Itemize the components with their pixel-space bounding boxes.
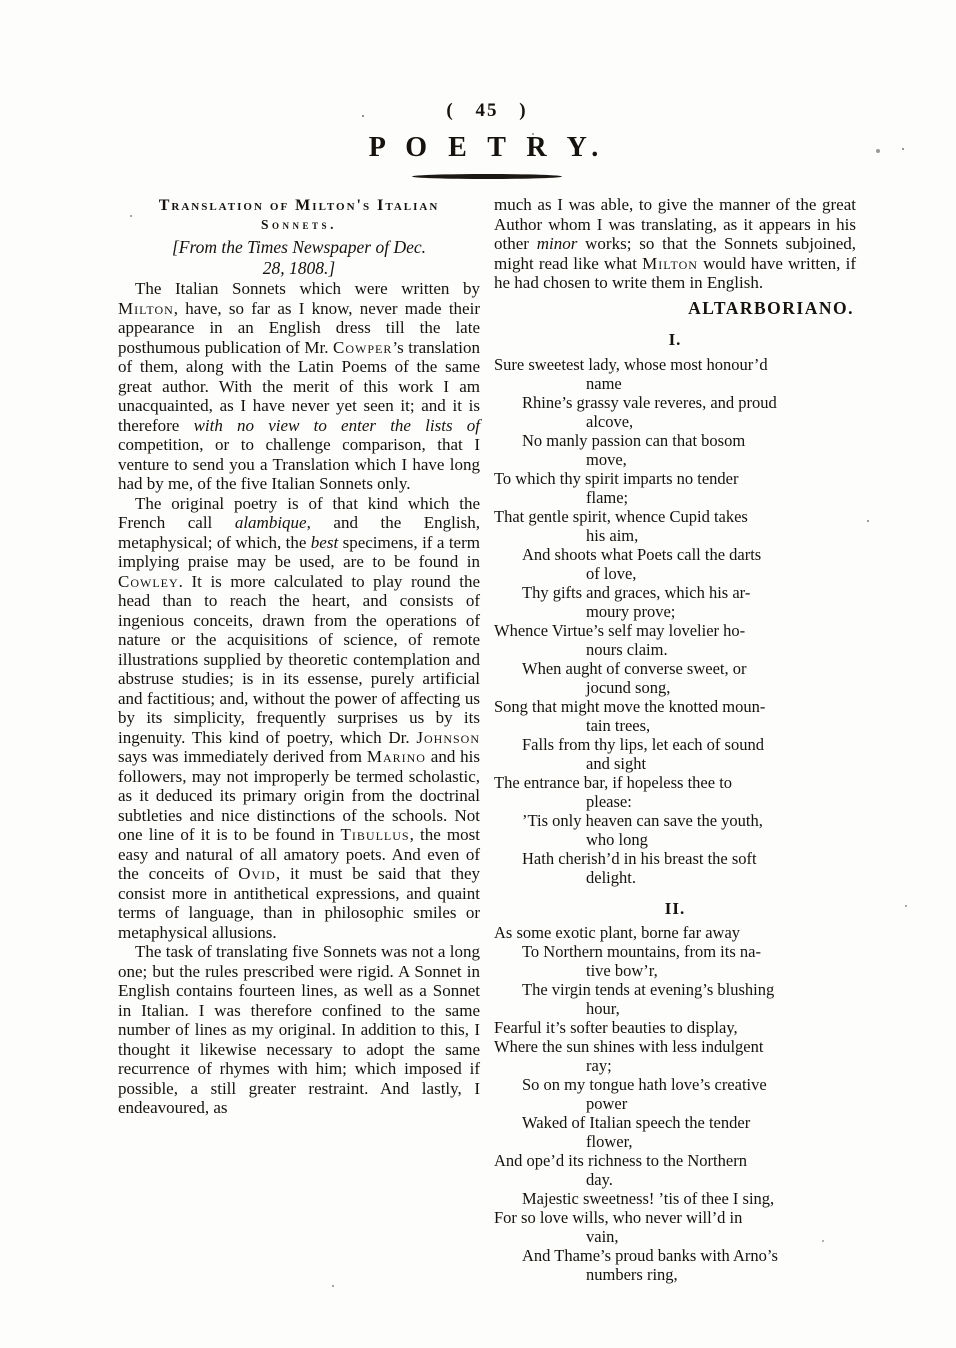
poem-line: hour, [494, 999, 856, 1018]
article-heading-line2: Sonnets. [118, 216, 480, 234]
poem-line: And Thame’s proud banks with Arno’s [494, 1246, 856, 1265]
text-segment: Tibullus [341, 825, 410, 844]
text-segment: Ovid [238, 864, 276, 883]
poem-line: vain, [494, 1227, 856, 1246]
poem-line: Song that might move the knotted moun- [494, 697, 856, 716]
left-column: Translation of Milton's Italian Sonnets.… [118, 195, 480, 1284]
paragraph: The task of translating five Sonnets was… [118, 942, 480, 1118]
article-heading: Translation of Milton's Italian Sonnets. [118, 195, 480, 234]
poem-line: As some exotic plant, borne far away [494, 923, 856, 942]
poem-line: ray; [494, 1056, 856, 1075]
text-segment: Milton [118, 299, 174, 318]
poem-line: please: [494, 792, 856, 811]
text-segment: Marino [367, 747, 426, 766]
text-segment: competition, or to challenge comparison,… [118, 435, 480, 493]
poem-line: For so love wills, who never will’d in [494, 1208, 856, 1227]
text-segment: Johnson [416, 728, 480, 747]
poem-line: who long [494, 830, 856, 849]
sonnet-2-poem: As some exotic plant, borne far awayTo N… [494, 923, 856, 1284]
poem-line: Waked of Italian speech the tender [494, 1113, 856, 1132]
poem-line: The virgin tends at evening’s blushing [494, 980, 856, 999]
poem-line: Rhine’s grassy vale reveres, and proud [494, 393, 856, 412]
text-segment: The Italian Sonnets which were written b… [135, 279, 480, 298]
poem-line: and sight [494, 754, 856, 773]
text-segment: minor [537, 234, 578, 253]
poem-line: nours claim. [494, 640, 856, 659]
author-signature: ALTARBORIANO. [494, 299, 856, 319]
page-number: ( 45 ) [118, 100, 856, 122]
poem-line: day. [494, 1170, 856, 1189]
poem-line: Thy gifts and graces, which his ar- [494, 583, 856, 602]
poem-line: And ope’d its richness to the Northern [494, 1151, 856, 1170]
sonnet-1-numeral: I. [494, 330, 856, 350]
sonnet-1: I. Sure sweetest lady, whose most honour… [494, 330, 856, 887]
poem-line: power [494, 1094, 856, 1113]
poem-line: Fearful it’s softer beauties to display, [494, 1018, 856, 1037]
poem-line: When aught of converse sweet, or [494, 659, 856, 678]
poem-line: The entrance bar, if hopeless thee to [494, 773, 856, 792]
page-header: ( 45 ) P O E T R Y. [118, 0, 856, 179]
two-column-layout: Translation of Milton's Italian Sonnets.… [118, 195, 856, 1284]
page-title: P O E T R Y. [118, 132, 856, 164]
paragraph: The original poetry is of that kind whic… [118, 494, 480, 943]
text-segment: The task of translating five Sonnets was… [118, 942, 480, 1117]
poem-line: tive bow’r, [494, 961, 856, 980]
poem-line: moury prove; [494, 602, 856, 621]
scan-noise [362, 115, 364, 117]
poem-line: That gentle spirit, whence Cupid takes [494, 507, 856, 526]
poem-line: No manly passion can that bosom [494, 431, 856, 450]
source-note-line2: 28, 1808.] [118, 258, 480, 279]
poem-line: ’Tis only heaven can save the youth, [494, 811, 856, 830]
sonnet-2-numeral: II. [494, 899, 856, 919]
poem-line: To which thy spirit imparts no tender [494, 469, 856, 488]
poem-line: So on my tongue hath love’s creative [494, 1075, 856, 1094]
text-segment: says was immediately derived from [118, 747, 367, 766]
poem-line: To Northern mountains, from its na- [494, 942, 856, 961]
text-segment: Cowley [118, 572, 179, 591]
scanned-page: ( 45 ) P O E T R Y. Translation of Milto… [0, 0, 956, 1348]
poem-line: of love, [494, 564, 856, 583]
article-heading-line1: Translation of Milton's Italian [118, 195, 480, 216]
poem-line: tain trees, [494, 716, 856, 735]
poem-line: Hath cherish’d in his breast the soft [494, 849, 856, 868]
poem-line: flame; [494, 488, 856, 507]
text-segment: Cowper [333, 338, 392, 357]
text-segment: with no view to enter the lists of [194, 416, 480, 435]
poem-line: move, [494, 450, 856, 469]
poem-line: his aim, [494, 526, 856, 545]
text-segment: alambique [235, 513, 307, 532]
poem-line: Sure sweetest lady, whose most honour’d [494, 355, 856, 374]
poem-line: Majestic sweetness! ’tis of thee I sing, [494, 1189, 856, 1208]
poem-line: name [494, 374, 856, 393]
poem-line: Falls from thy lips, let each of sound [494, 735, 856, 754]
sonnet-1-poem: Sure sweetest lady, whose most honour’dn… [494, 355, 856, 887]
poem-line: delight. [494, 868, 856, 887]
poem-line: alcove, [494, 412, 856, 431]
poem-line: Where the sun shines with less indulgent [494, 1037, 856, 1056]
paragraph: The Italian Sonnets which were written b… [118, 279, 480, 494]
source-note-line1: [From the Times Newspaper of Dec. [118, 237, 480, 258]
text-segment: Milton [642, 254, 698, 273]
poem-line: And shoots what Poets call the darts [494, 545, 856, 564]
source-note: [From the Times Newspaper of Dec. 28, 18… [118, 237, 480, 279]
poem-line: Whence Virtue’s self may lovelier ho- [494, 621, 856, 640]
poem-line: jocund song, [494, 678, 856, 697]
right-column: much as I was able, to give the manner o… [494, 195, 856, 1284]
poem-line: flower, [494, 1132, 856, 1151]
right-column-paragraphs: much as I was able, to give the manner o… [494, 195, 856, 293]
sonnet-2: II. As some exotic plant, borne far away… [494, 899, 856, 1285]
title-rule [412, 174, 562, 179]
left-column-paragraphs: The Italian Sonnets which were written b… [118, 279, 480, 1118]
text-segment: best [311, 533, 338, 552]
text-segment: . It is more calculated to play round th… [118, 572, 480, 747]
poem-line: numbers ring, [494, 1265, 856, 1284]
paragraph: much as I was able, to give the manner o… [494, 195, 856, 293]
